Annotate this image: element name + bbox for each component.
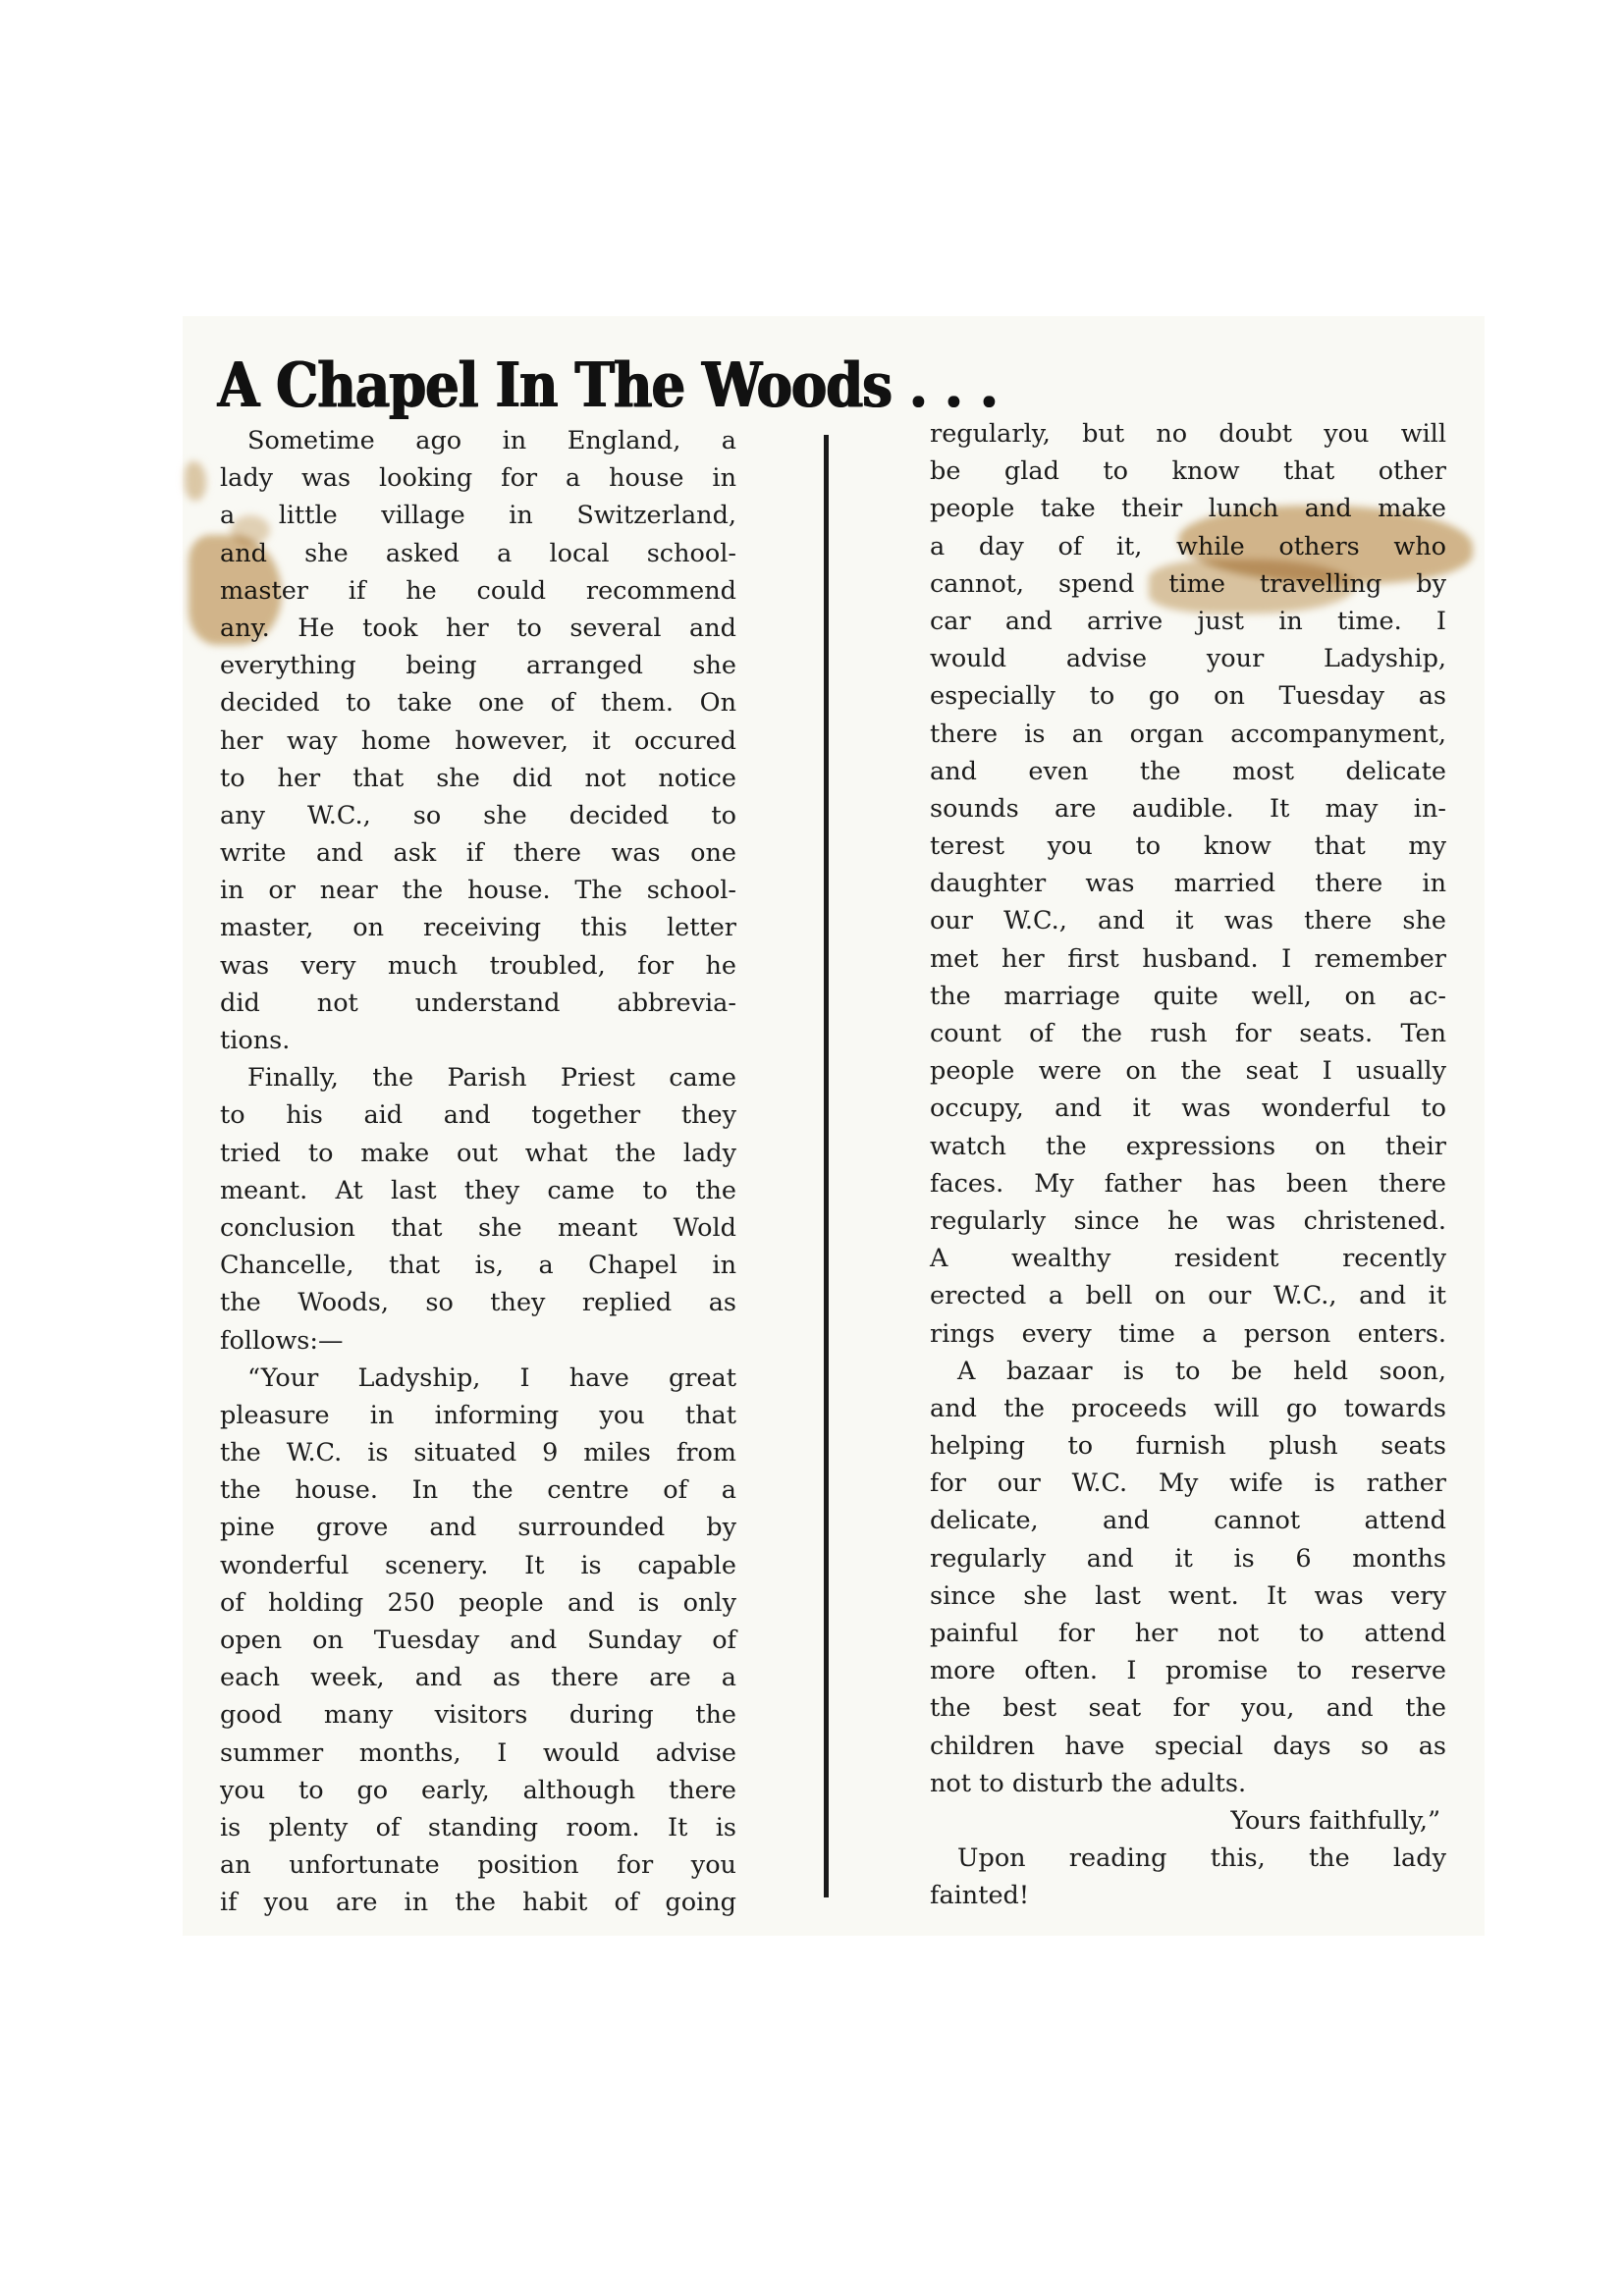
text-line: people were on the seat I usually xyxy=(930,1052,1446,1090)
headline: A Chapel In The Woods . . . xyxy=(218,346,998,424)
text-line: Sometime ago in England, a xyxy=(220,422,736,459)
text-line: the best seat for you, and the xyxy=(930,1689,1446,1727)
text-line: follows:— xyxy=(220,1322,736,1360)
text-line: to his aid and together they xyxy=(220,1096,736,1134)
right-column: regularly, but no doubt you willbe glad … xyxy=(930,415,1446,1915)
text-line: the Woods, so they replied as xyxy=(220,1284,736,1321)
text-line: Upon reading this, the lady xyxy=(930,1840,1446,1877)
text-line: faces. My father has been there xyxy=(930,1165,1446,1202)
text-line: meant. At last they came to the xyxy=(220,1172,736,1209)
text-line: regularly, but no doubt you will xyxy=(930,415,1446,453)
text-line: everything being arranged she xyxy=(220,647,736,684)
text-line: to her that she did not notice xyxy=(220,760,736,797)
text-line: conclusion that she meant Wold xyxy=(220,1209,736,1247)
text-line: good many visitors during the xyxy=(220,1696,736,1734)
left-column: Sometime ago in England, alady was looki… xyxy=(220,422,736,1922)
text-line: terest you to know that my xyxy=(930,828,1446,865)
text-line: A bazaar is to be held soon, xyxy=(930,1353,1446,1390)
text-line: Finally, the Parish Priest came xyxy=(220,1059,736,1096)
text-line: Chancelle, that is, a Chapel in xyxy=(220,1247,736,1284)
text-line: in or near the house. The school- xyxy=(220,872,736,909)
text-line: decided to take one of them. On xyxy=(220,684,736,721)
text-line: especially to go on Tuesday as xyxy=(930,677,1446,715)
text-line: wonderful scenery. It is capable xyxy=(220,1547,736,1584)
text-line: pine grove and surrounded by xyxy=(220,1509,736,1546)
text-line: not to disturb the adults. xyxy=(930,1765,1446,1802)
text-line: open on Tuesday and Sunday of xyxy=(220,1622,736,1659)
text-line: tions. xyxy=(220,1022,736,1059)
text-line: her way home however, it occured xyxy=(220,722,736,760)
text-line: tried to make out what the lady xyxy=(220,1135,736,1172)
text-line: Yours faithfully,” xyxy=(930,1802,1446,1840)
text-line: master, on receiving this letter xyxy=(220,909,736,946)
text-line: a little village in Switzerland, xyxy=(220,497,736,534)
text-line: regularly and it is 6 months xyxy=(930,1540,1446,1577)
text-line: be glad to know that other xyxy=(930,453,1446,490)
text-line: count of the rush for seats. Ten xyxy=(930,1015,1446,1052)
text-line: write and ask if there was one xyxy=(220,834,736,872)
text-line: “Your Ladyship, I have great xyxy=(220,1360,736,1397)
text-line: would advise your Ladyship, xyxy=(930,640,1446,677)
text-line: you to go early, although there xyxy=(220,1772,736,1809)
text-line: our W.C., and it was there she xyxy=(930,902,1446,939)
text-line: lady was looking for a house in xyxy=(220,459,736,497)
text-line: there is an organ accompanyment, xyxy=(930,716,1446,753)
text-line: pleasure in informing you that xyxy=(220,1397,736,1434)
text-line: and she asked a local school- xyxy=(220,535,736,572)
text-line: met her first husband. I remember xyxy=(930,940,1446,978)
text-line: summer months, I would advise xyxy=(220,1735,736,1772)
text-line: and the proceeds will go towards xyxy=(930,1390,1446,1427)
text-line: an unfortunate position for you xyxy=(220,1846,736,1884)
text-line: watch the expressions on their xyxy=(930,1128,1446,1165)
column-divider xyxy=(824,435,829,1897)
text-line: regularly since he was christened. xyxy=(930,1202,1446,1240)
text-line: occupy, and it was wonderful to xyxy=(930,1090,1446,1127)
text-line: cannot, spend time travelling by xyxy=(930,565,1446,603)
text-line: rings every time a person enters. xyxy=(930,1315,1446,1353)
text-line: a day of it, while others who xyxy=(930,528,1446,565)
text-line: was very much troubled, for he xyxy=(220,947,736,985)
text-line: since she last went. It was very xyxy=(930,1577,1446,1615)
text-line: if you are in the habit of going xyxy=(220,1884,736,1921)
text-line: A wealthy resident recently xyxy=(930,1240,1446,1277)
text-line: helping to furnish plush seats xyxy=(930,1427,1446,1465)
text-line: the W.C. is situated 9 miles from xyxy=(220,1434,736,1471)
text-line: did not understand abbrevia- xyxy=(220,985,736,1022)
text-line: children have special days so as xyxy=(930,1728,1446,1765)
text-line: more often. I promise to reserve xyxy=(930,1652,1446,1689)
text-line: the marriage quite well, on ac- xyxy=(930,978,1446,1015)
text-line: people take their lunch and make xyxy=(930,490,1446,527)
text-line: any. He took her to several and xyxy=(220,610,736,647)
text-line: delicate, and cannot attend xyxy=(930,1502,1446,1539)
text-line: for our W.C. My wife is rather xyxy=(930,1465,1446,1502)
text-line: and even the most delicate xyxy=(930,753,1446,790)
text-line: painful for her not to attend xyxy=(930,1615,1446,1652)
text-line: sounds are audible. It may in- xyxy=(930,790,1446,828)
text-line: any W.C., so she decided to xyxy=(220,797,736,834)
text-line: is plenty of standing room. It is xyxy=(220,1809,736,1846)
text-line: master if he could recommend xyxy=(220,572,736,610)
text-line: erected a bell on our W.C., and it xyxy=(930,1277,1446,1314)
text-line: each week, and as there are a xyxy=(220,1659,736,1696)
text-line: fainted! xyxy=(930,1877,1446,1914)
text-line: the house. In the centre of a xyxy=(220,1471,736,1509)
text-line: of holding 250 people and is only xyxy=(220,1584,736,1622)
text-line: car and arrive just in time. I xyxy=(930,603,1446,640)
text-line: daughter was married there in xyxy=(930,865,1446,902)
